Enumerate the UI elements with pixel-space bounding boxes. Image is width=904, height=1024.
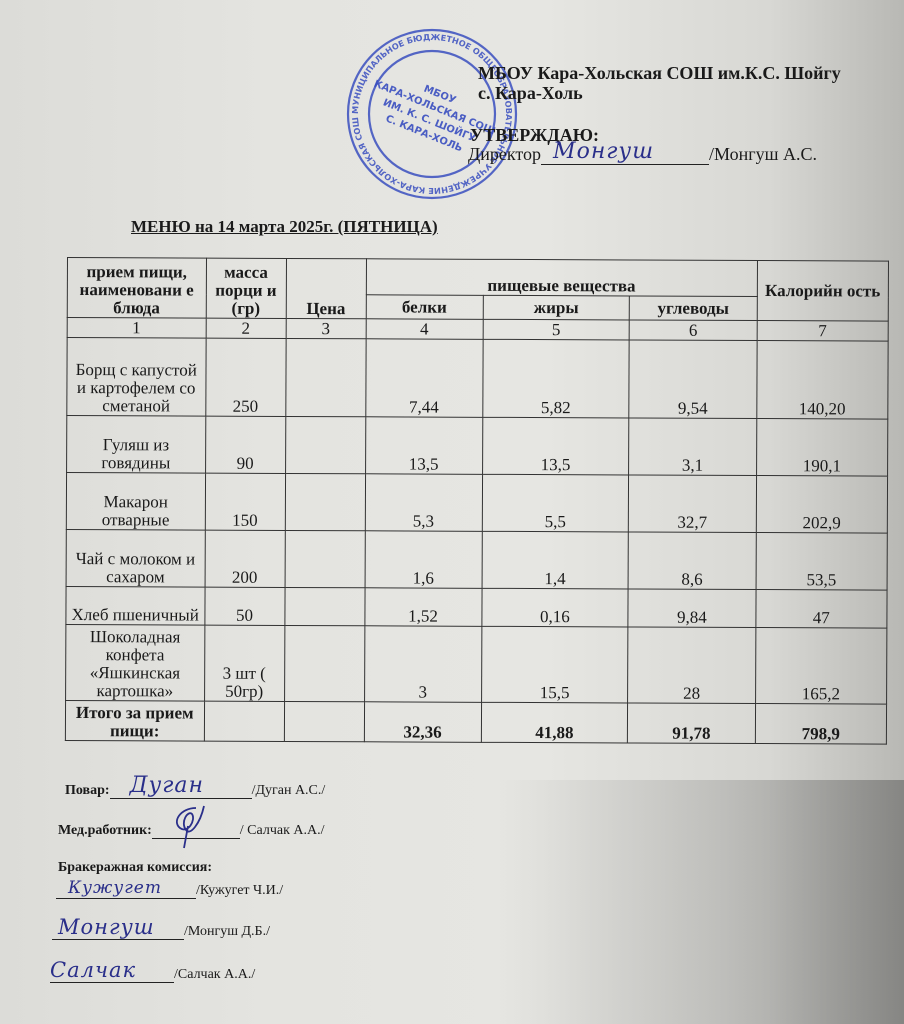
total-calories: 798,9 [755, 704, 887, 745]
header-price: Цена [286, 258, 366, 318]
dish-name: Гуляш из говядины [67, 416, 206, 474]
commission-member-1: Кужугет /Кужугет Ч.И./ [56, 878, 283, 899]
cook-signature-block: Повар: Дуган /Дуган А.С./ [65, 778, 325, 799]
director-approval: Директор Монгуш /Монгуш А.С. [468, 144, 817, 165]
total-label: Итого за прием пищи: [65, 700, 204, 741]
dish-fat: 15,5 [481, 626, 628, 703]
commission-signature: Салчак [50, 958, 136, 982]
dish-carbs: 9,54 [629, 340, 757, 419]
school-stamp: МУНИЦИПАЛЬНОЕ БЮДЖЕТНОЕ ОБЩЕОБРАЗОВАТЕЛЬ… [345, 22, 520, 202]
organization-village: с. Кара-Холь [478, 83, 841, 103]
dish-price [284, 625, 364, 701]
dish-carbs: 9,84 [628, 589, 755, 628]
header-dish: прием пищи, наименовани е блюда [67, 258, 206, 319]
dish-fat: 5,5 [482, 474, 629, 532]
commission-signature-line: Кужугет [56, 878, 196, 899]
column-number: 4 [366, 319, 483, 340]
dish-name: Борщ с капустой и картофелем со сметаной [67, 338, 206, 417]
commission-member-2: Монгуш /Монгуш Д.Б./ [52, 919, 270, 940]
director-signature: Монгуш [553, 139, 654, 164]
commission-member-3: Салчак /Салчак А.А./ [50, 962, 255, 983]
medic-signature-block: Мед.работник: / Салчак А.А./ [58, 818, 325, 839]
dish-calories: 140,20 [756, 341, 888, 420]
dish-calories: 53,5 [756, 533, 888, 591]
commission-title: Бракеражная комиссия: [58, 860, 212, 876]
table-row: Гуляш из говядины 90 13,5 13,5 3,1 190,1 [67, 416, 888, 477]
dish-mass: 250 [205, 338, 285, 416]
dish-mass: 50 [204, 587, 284, 625]
dish-protein: 1,6 [365, 531, 482, 589]
header-carbs: углеводы [630, 296, 757, 321]
header-protein: белки [366, 295, 483, 320]
organization-name: МБОУ Кара-Хольская СОШ им.К.С. Шойгу [478, 63, 841, 83]
dish-carbs: 3,1 [629, 418, 756, 476]
dish-calories: 202,9 [756, 476, 888, 534]
cook-label: Повар: [65, 783, 110, 799]
menu-table: прием пищи, наименовани е блюда масса по… [65, 257, 889, 745]
director-name: /Монгуш А.С. [709, 144, 817, 165]
dish-mass: 3 шт ( 50гр) [204, 625, 284, 701]
header-fat: жиры [483, 295, 630, 320]
dish-name: Макарон отварные [66, 473, 205, 531]
total-price [284, 701, 364, 741]
column-number: 7 [757, 321, 888, 342]
dish-fat: 13,5 [482, 417, 629, 475]
dish-protein: 3 [364, 626, 481, 703]
table-row: Чай с молоком и сахаром 200 1,6 1,4 8,6 … [66, 529, 887, 590]
table-row: Макарон отварные 150 5,3 5,5 32,7 202,9 [66, 473, 887, 534]
organization-header: МБОУ Кара-Хольская СОШ им.К.С. Шойгу с. … [478, 63, 841, 103]
header-mass: масса порци и (гр) [206, 258, 286, 318]
commission-signature-line: Салчак [50, 962, 174, 983]
dish-mass: 200 [205, 530, 285, 587]
dish-calories: 47 [755, 590, 887, 629]
total-row: Итого за прием пищи: 32,36 41,88 91,78 7… [65, 700, 886, 744]
medic-signature-line [152, 818, 240, 839]
dish-protein: 13,5 [365, 417, 482, 475]
medic-label: Мед.работник: [58, 823, 152, 839]
table-row: Шоколадная конфета «Яшкинская картошка» … [66, 624, 887, 704]
dish-price [285, 338, 365, 416]
table-row: Борщ с капустой и картофелем со сметаной… [67, 338, 888, 420]
commission-signature-line: Монгуш [52, 919, 184, 940]
director-signature-line: Монгуш [541, 144, 709, 165]
column-number: 1 [67, 318, 206, 339]
header-nutrients: пищевые вещества [366, 259, 757, 297]
dish-name: Хлеб пшеничный [66, 586, 205, 625]
dish-name: Чай с молоком и сахаром [66, 529, 205, 587]
dish-mass: 150 [205, 473, 285, 530]
commission-signature: Монгуш [58, 915, 155, 939]
commission-member-name: /Кужугет Ч.И./ [196, 883, 283, 899]
commission-signature: Кужугет [68, 878, 162, 898]
cook-signature-line: Дуган [110, 778, 252, 799]
dish-fat: 1,4 [482, 531, 629, 589]
dish-price [285, 473, 365, 530]
dish-price [284, 587, 364, 625]
menu-title: МЕНЮ на 14 марта 2025г. (ПЯТНИЦА) [131, 217, 438, 237]
table-row: Хлеб пшеничный 50 1,52 0,16 9,84 47 [66, 586, 887, 628]
column-number: 6 [630, 320, 757, 341]
dish-calories: 190,1 [756, 419, 888, 477]
column-number: 2 [206, 318, 286, 338]
medic-name: / Салчак А.А./ [240, 823, 325, 839]
dish-name: Шоколадная конфета «Яшкинская картошка» [66, 624, 205, 701]
column-number: 5 [483, 319, 630, 340]
total-carbs: 91,78 [628, 703, 755, 744]
dish-protein: 1,52 [365, 588, 482, 627]
dish-carbs: 8,6 [628, 532, 755, 590]
cook-signature: Дуган [130, 773, 204, 798]
total-fat: 41,88 [481, 702, 628, 743]
dish-protein: 5,3 [365, 474, 482, 532]
column-number: 3 [286, 318, 366, 338]
dish-fat: 0,16 [482, 588, 629, 627]
photo-shadow [0, 780, 904, 1024]
dish-calories: 165,2 [755, 628, 887, 705]
medic-signature-icon [166, 802, 216, 850]
dish-fat: 5,82 [482, 339, 629, 418]
commission-member-name: /Монгуш Д.Б./ [184, 924, 270, 940]
total-mass [204, 701, 284, 741]
dish-protein: 7,44 [365, 339, 482, 418]
commission-member-name: /Салчак А.А./ [174, 967, 255, 983]
dish-mass: 90 [205, 416, 285, 473]
dish-carbs: 28 [628, 627, 756, 704]
total-protein: 32,36 [364, 702, 481, 743]
dish-carbs: 32,7 [629, 475, 756, 533]
header-calories: Калорийн ость [757, 261, 889, 322]
cook-name: /Дуган А.С./ [252, 783, 326, 799]
director-label: Директор [468, 144, 541, 165]
dish-price [285, 530, 365, 587]
dish-price [285, 416, 365, 473]
